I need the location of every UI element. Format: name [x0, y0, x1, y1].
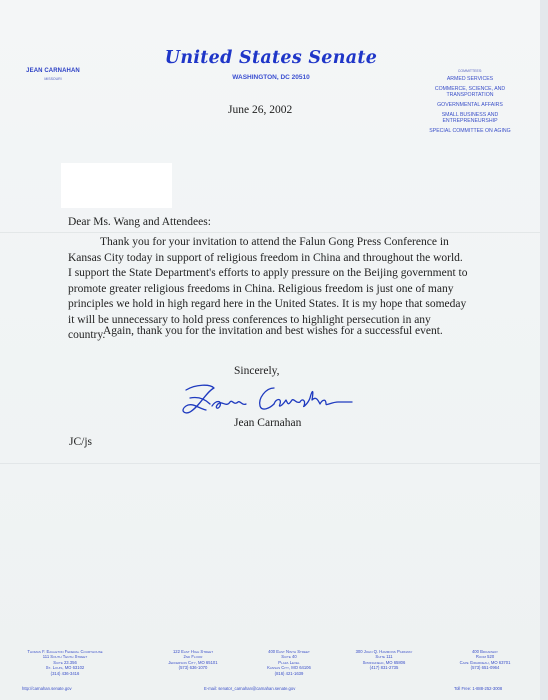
fold-line: [0, 463, 540, 464]
website-link[interactable]: http://carnahan.senate.gov: [22, 686, 72, 691]
page-edge: [540, 0, 548, 700]
footer-office-jefferson-city: 122 East High Street 2nd Floor Jefferson…: [148, 649, 238, 671]
footer-office-kansas-city: 400 East Ninth Street Suite 40 Plaza Lev…: [244, 649, 334, 676]
email-link[interactable]: E-mail: senator_carnahan@carnahan.senate…: [204, 686, 295, 691]
senator-name: JEAN CARNAHAN: [22, 68, 84, 74]
fold-line: [0, 232, 540, 233]
salutation: Dear Ms. Wang and Attendees:: [68, 216, 211, 228]
letter-date: June 26, 2002: [228, 104, 292, 116]
office-line: (573) 636-1070: [148, 665, 238, 670]
masthead-title: United States Senate: [160, 48, 382, 68]
office-line: (314) 436-3416: [10, 671, 120, 676]
closing-paragraph: Again, thank you for the invitation and …: [103, 325, 443, 337]
redacted-address-block: [61, 163, 172, 208]
committee-item: SPECIAL COMMITTEE ON AGING: [410, 128, 530, 134]
committee-item: SMALL BUSINESS AND ENTREPRENEURSHIP: [410, 112, 530, 124]
footer-office-springfield: 300 John Q. Hammons Parkway Suite 111 Sp…: [334, 649, 434, 671]
committee-item: COMMERCE, SCIENCE, AND TRANSPORTATION: [410, 86, 530, 98]
typist-initials: JC/js: [69, 436, 92, 448]
office-line: (573) 651-0964: [440, 665, 530, 670]
committees-label: COMMITTEES:: [410, 69, 530, 73]
committees-list: COMMITTEES: ARMED SERVICES COMMERCE, SCI…: [410, 69, 530, 138]
toll-free-number: Toll Free: 1-888-252-3008: [454, 686, 502, 691]
footer-office-st-louis: Thomas F. Eagleton Federal Courthouse 11…: [10, 649, 120, 676]
closing: Sincerely,: [234, 365, 280, 377]
signer-name: Jean Carnahan: [234, 417, 301, 429]
committee-item: ARMED SERVICES: [410, 76, 530, 82]
footer-office-cape-girardeau: 400 Broadway Room 520 Cape Girardeau, MO…: [440, 649, 530, 671]
masthead-address: WASHINGTON, DC 20510: [160, 74, 382, 81]
senator-state: MISSOURI: [22, 77, 84, 81]
letter-page: JEAN CARNAHAN MISSOURI United States Sen…: [0, 0, 540, 700]
office-line: (816) 421-1639: [244, 671, 334, 676]
office-line: (417) 831-2735: [334, 665, 434, 670]
committee-item: GOVERNMENTAL AFFAIRS: [410, 102, 530, 108]
signature-icon: [176, 378, 356, 418]
